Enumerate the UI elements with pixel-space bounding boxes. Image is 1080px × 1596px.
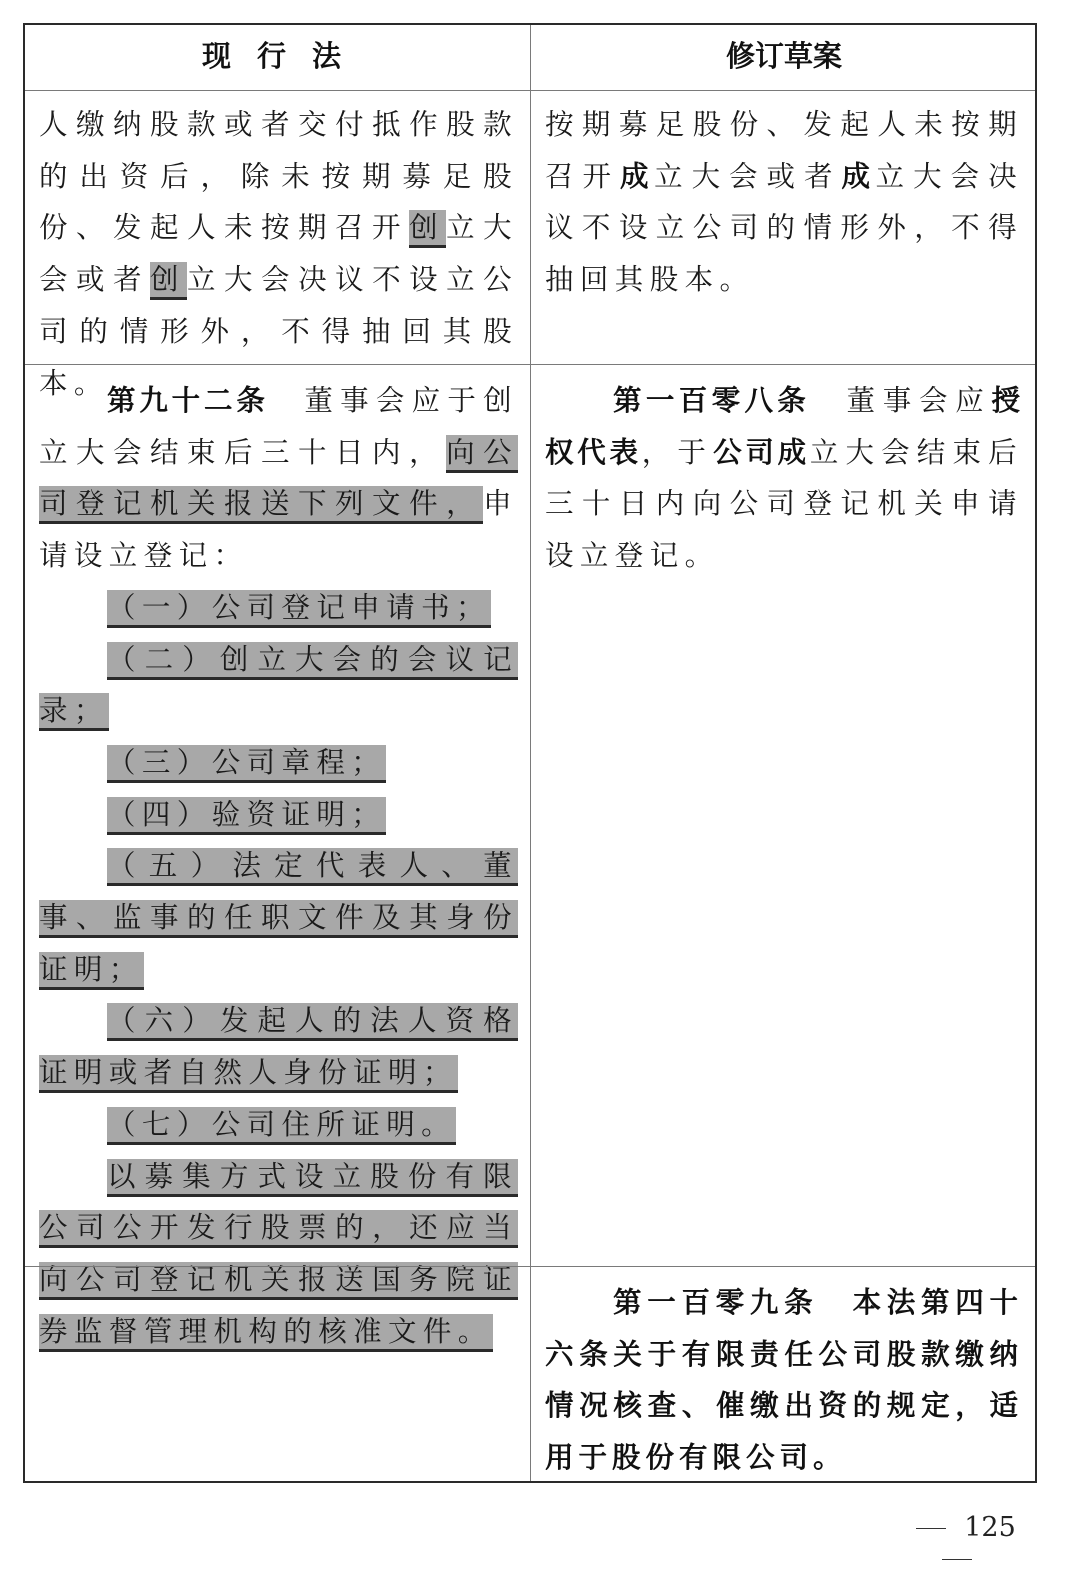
table-row: 第一百零九条 本法第四十六条关于有限责任公司股款缴纳情况核查、催缴出资的规定，适…	[25, 1266, 1035, 1481]
current-law-paragraph: 人缴纳股款或者交付抵作股款的出资后，除未按期募足股份、发起人未按期召开创立大会或…	[39, 99, 518, 409]
deleted-text-highlight: （一）公司登记申请书；	[107, 590, 491, 628]
list-item: （三）公司章程；	[39, 737, 518, 789]
article-108-paragraph: 第一百零八条 董事会应授权代表，于公司成立大会结束后三十日内向公司登记机关申请设…	[545, 375, 1023, 582]
comparison-table: 现行法 修订草案 人缴纳股款或者交付抵作股款的出资后，除未按期募足股份、发起人未…	[23, 23, 1037, 1483]
list-item: （四）验资证明；	[39, 789, 518, 841]
deleted-text-highlight: 创	[409, 210, 446, 248]
current-law-cell: 人缴纳股款或者交付抵作股款的出资后，除未按期募足股份、发起人未按期召开创立大会或…	[25, 91, 531, 364]
deleted-text-highlight: （五）法定代表人、董事、监事的任职文件及其身份证明；	[39, 848, 518, 989]
draft-cell: 第一百零九条 本法第四十六条关于有限责任公司股款缴纳情况核查、催缴出资的规定，适…	[531, 1267, 1035, 1481]
article-109-paragraph: 第一百零九条 本法第四十六条关于有限责任公司股款缴纳情况核查、催缴出资的规定，适…	[545, 1277, 1023, 1484]
deleted-text-highlight: （二）创立大会的会议记录；	[39, 642, 518, 732]
deleted-text-highlight: （七）公司住所证明。	[107, 1107, 456, 1145]
list-item: （六）发起人的法人资格证明或者自然人身份证明；	[39, 995, 518, 1098]
list-item: （二）创立大会的会议记录；	[39, 634, 518, 737]
added-text-bold: 成	[620, 160, 654, 193]
deleted-text-highlight: （四）验资证明；	[107, 797, 386, 835]
table-row: 人缴纳股款或者交付抵作股款的出资后，除未按期募足股份、发起人未按期召开创立大会或…	[25, 90, 1035, 364]
page-number: 125	[872, 1512, 1042, 1574]
deleted-text-highlight: （六）发起人的法人资格证明或者自然人身份证明；	[39, 1003, 518, 1093]
text-segment: 立大会或者	[654, 160, 841, 193]
article-number: 第一百零九条	[613, 1286, 818, 1319]
deleted-text-highlight: （三）公司章程；	[107, 745, 386, 783]
text-segment: ，于	[642, 436, 713, 469]
list-item: （五）法定代表人、董事、监事的任职文件及其身份证明；	[39, 840, 518, 995]
header-current-law: 现行法	[25, 25, 531, 90]
header-draft: 修订草案	[531, 25, 1035, 90]
draft-cell: 按期募足股份、发起人未按期召开成立大会或者成立大会决议不设立公司的情形外，不得抽…	[531, 91, 1035, 364]
text-segment: 董事会应	[846, 384, 991, 417]
draft-paragraph: 按期募足股份、发起人未按期召开成立大会或者成立大会决议不设立公司的情形外，不得抽…	[545, 99, 1023, 306]
current-law-cell: 第九十二条 董事会应于创立大会结束后三十日内，向公司登记机关报送下列文件，申请设…	[25, 365, 531, 1266]
list-item: （一）公司登记申请书；	[39, 582, 518, 634]
list-item: （七）公司住所证明。	[39, 1099, 518, 1151]
table-header-row: 现行法 修订草案	[25, 25, 1035, 90]
current-law-cell-empty	[25, 1267, 531, 1481]
deleted-text-highlight: 创	[150, 262, 187, 300]
added-text-bold: 成	[842, 160, 876, 193]
page-number-value: 125	[964, 1512, 1016, 1543]
article-number: 第九十二条	[107, 384, 269, 417]
table-row: 第九十二条 董事会应于创立大会结束后三十日内，向公司登记机关报送下列文件，申请设…	[25, 364, 1035, 1266]
article-number: 第一百零八条	[613, 384, 810, 417]
added-text-bold: 公司成	[713, 436, 810, 469]
dash-decoration	[942, 1559, 972, 1561]
draft-cell: 第一百零八条 董事会应授权代表，于公司成立大会结束后三十日内向公司登记机关申请设…	[531, 365, 1035, 1266]
article-92-paragraph: 第九十二条 董事会应于创立大会结束后三十日内，向公司登记机关报送下列文件，申请设…	[39, 375, 518, 582]
dash-decoration	[916, 1528, 946, 1530]
